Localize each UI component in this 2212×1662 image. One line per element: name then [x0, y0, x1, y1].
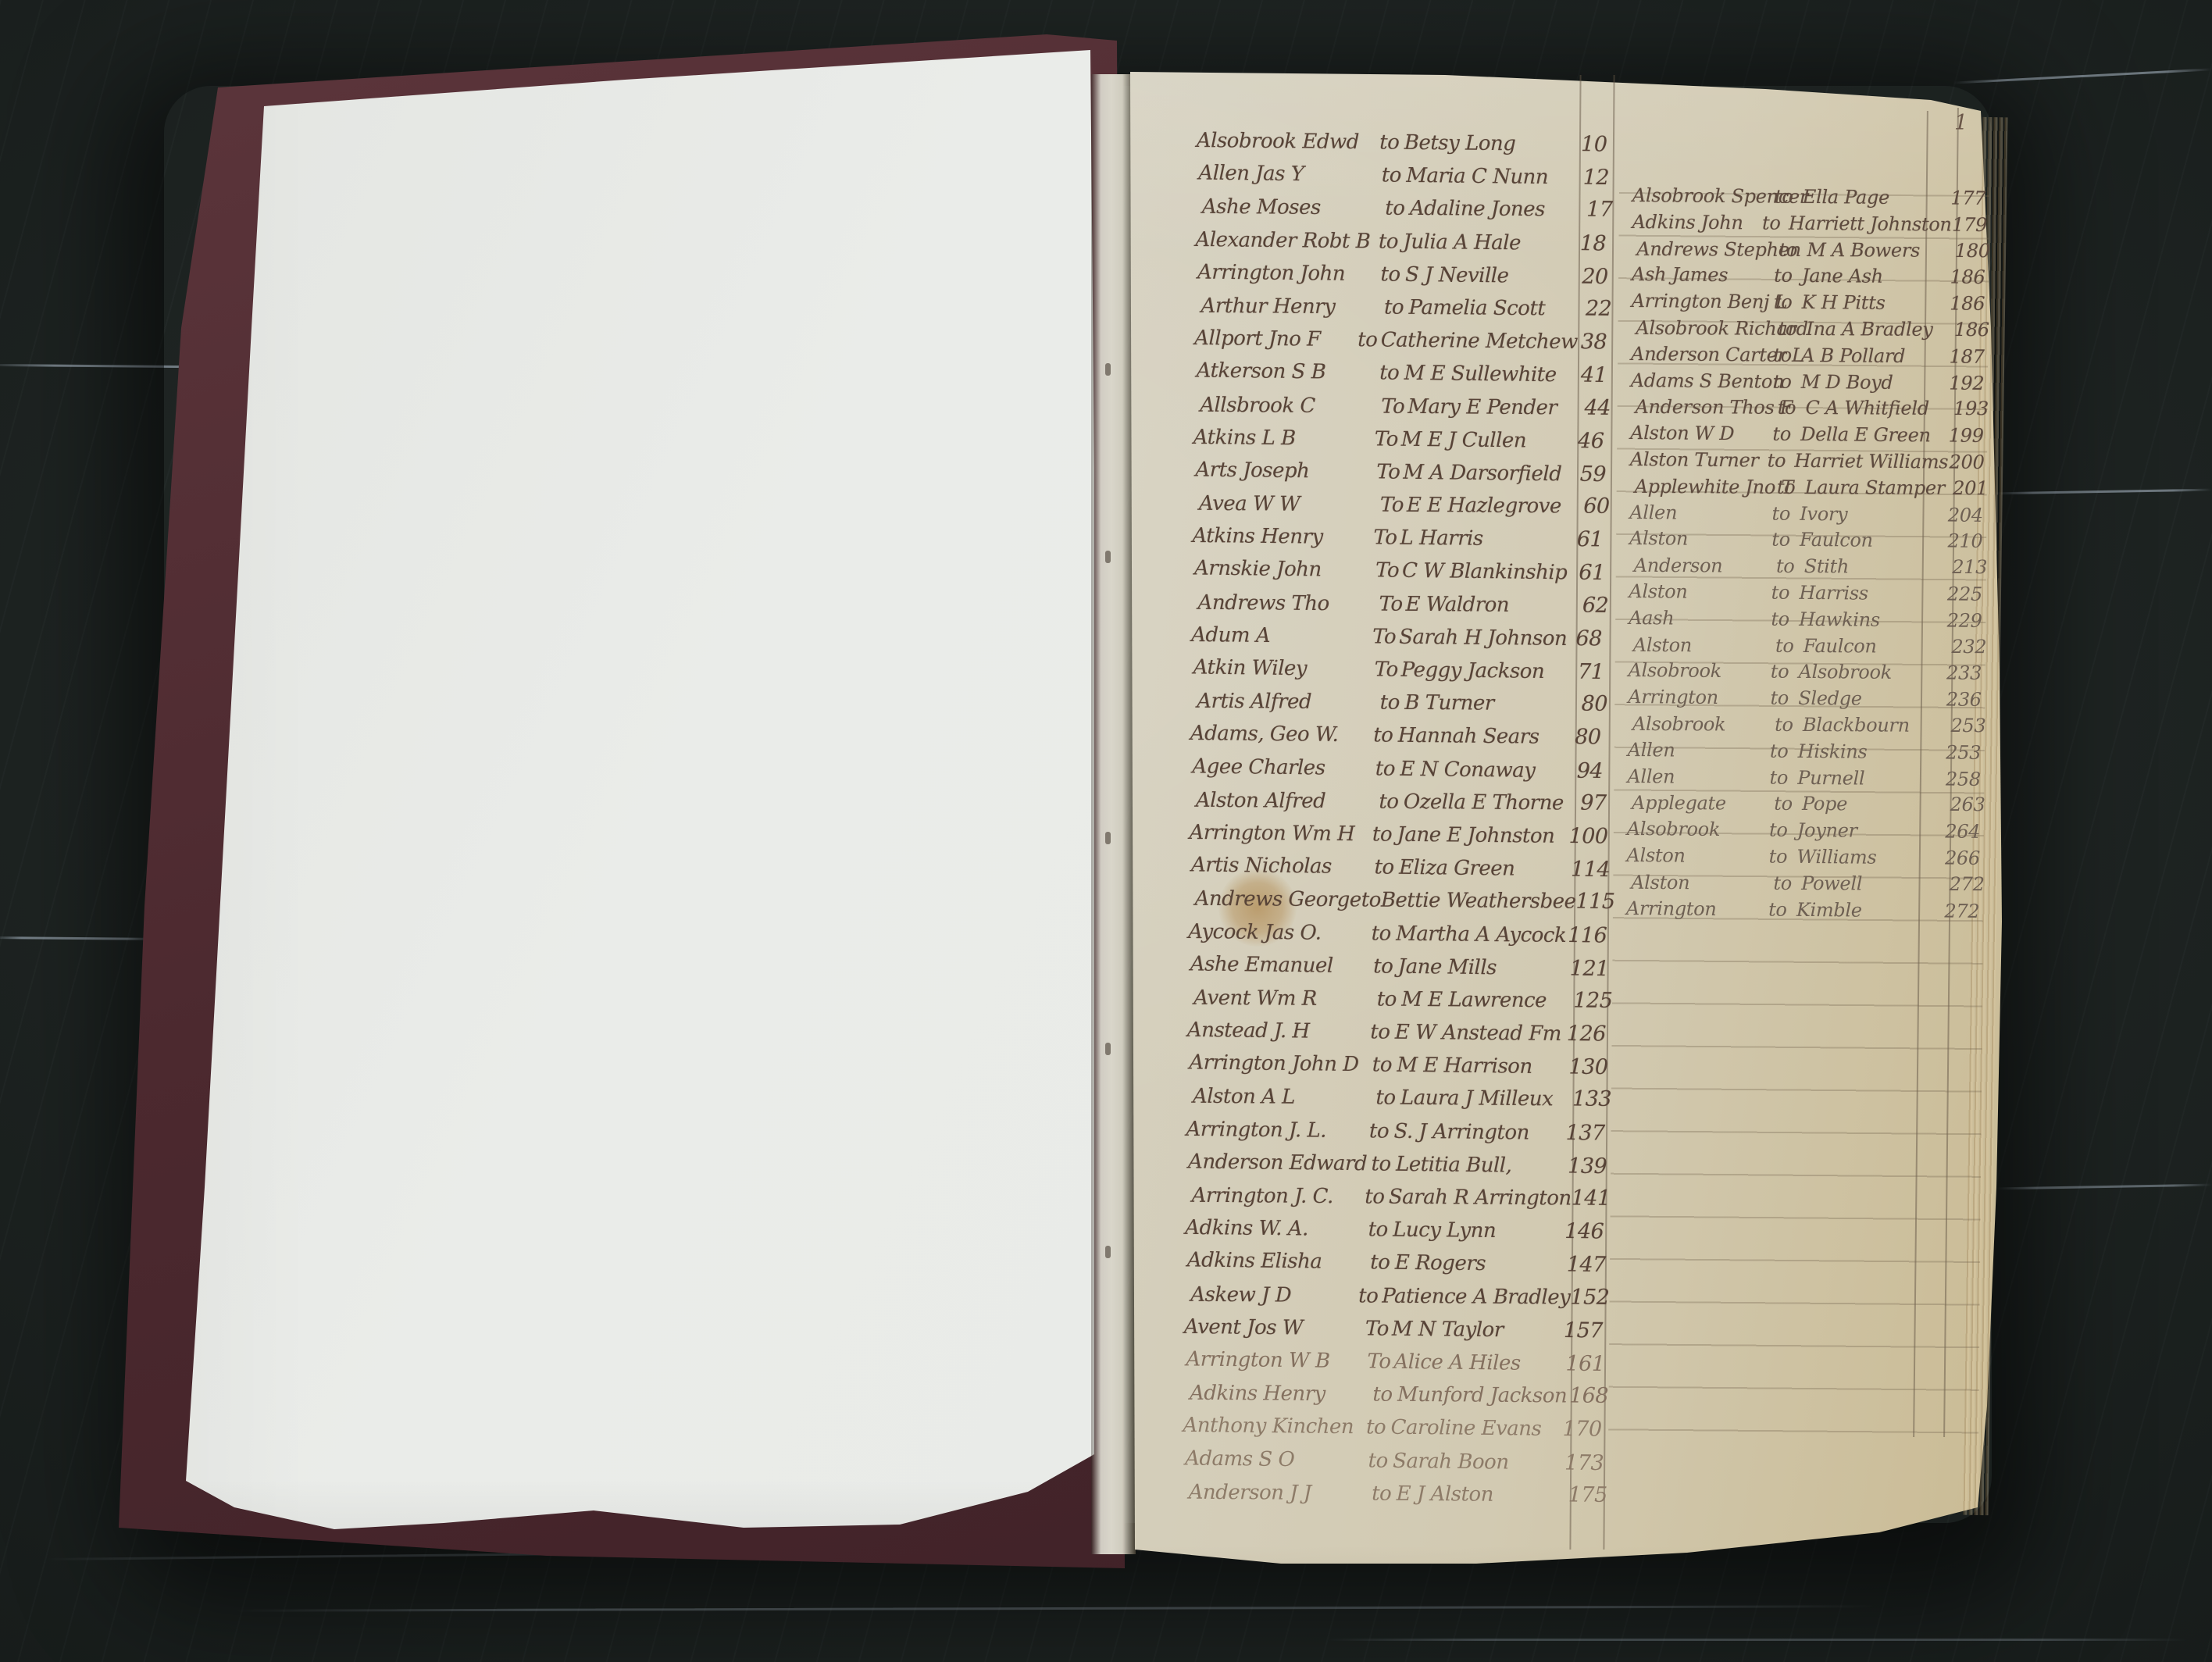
- connector-word: to: [1364, 1119, 1393, 1143]
- ledger-row: Allport Jno FtoCatherine Metchew38: [1194, 326, 1610, 363]
- record-page-number: 62: [1577, 593, 1613, 617]
- groom-name: Allen: [1628, 739, 1761, 761]
- ledger-row: AlstontoFaulcon232: [1633, 633, 1989, 662]
- record-page-number: 186: [1948, 266, 1987, 288]
- record-page-number: 233: [1944, 662, 1983, 684]
- bride-name: Mary E Pender: [1407, 394, 1579, 419]
- groom-name: Avea W W: [1199, 492, 1377, 517]
- ledger-row: Arrington J. L.toS. J Arrington137: [1186, 1117, 1601, 1154]
- groom-name: Arts Joseph: [1195, 458, 1373, 483]
- groom-name: Aash: [1629, 607, 1761, 629]
- connector-word: To: [1369, 625, 1399, 648]
- connector-word: to: [1758, 449, 1794, 471]
- groom-name: Adams, Geo W.: [1190, 722, 1368, 747]
- record-page-number: 157: [1564, 1318, 1600, 1343]
- connector-word: to: [1363, 1218, 1393, 1241]
- bride-name: Harriet Williams: [1794, 450, 1948, 473]
- bride-name: Peggy Jackson: [1401, 658, 1573, 684]
- bride-name: Ina A Bradley: [1806, 318, 1952, 341]
- ledger-row: Ashe MosestoAdaline Jones17: [1202, 194, 1618, 230]
- ledger-row: Alsobrook SpencertoElla Page177: [1632, 184, 1988, 214]
- ledger-row: Applewhite Jno TtoLaura Stamper201: [1635, 476, 1990, 504]
- connector-word: to: [1761, 581, 1799, 603]
- record-page-number: 258: [1943, 768, 1982, 790]
- record-page-number: 18: [1575, 231, 1611, 255]
- bride-name: E N Conaway: [1400, 757, 1572, 783]
- bride-name: Bettie Weathersbee: [1381, 889, 1576, 914]
- connector-word: to: [1367, 822, 1397, 846]
- connector-word: to: [1766, 634, 1803, 656]
- ledger-row: AllentoHiskins253: [1628, 739, 1983, 769]
- bride-name: Pope: [1802, 793, 1948, 815]
- record-page-number: 114: [1571, 858, 1607, 883]
- groom-name: Alsobrook Richard: [1636, 317, 1768, 340]
- bride-name: Julia A Hale: [1403, 230, 1575, 255]
- record-page-number: 173: [1564, 1450, 1600, 1475]
- record-page-number: 20: [1577, 264, 1613, 289]
- connector-word: to: [1371, 1086, 1400, 1110]
- groom-name: Atkin Wiley: [1193, 655, 1372, 681]
- bride-name: K H Pitts: [1802, 291, 1948, 315]
- groom-name: Adkins Henry: [1190, 1382, 1368, 1407]
- groom-name: Alston: [1631, 872, 1764, 894]
- connector-word: to: [1361, 1416, 1390, 1439]
- connector-word: To: [1364, 1350, 1393, 1373]
- connector-word: To: [1372, 658, 1401, 681]
- bride-name: Catherine Metchew: [1381, 329, 1578, 355]
- ledger-row: Alsobrook RichardtoIna A Bradley186: [1636, 317, 1991, 345]
- bride-name: E Waldron: [1406, 592, 1578, 617]
- connector-word: to: [1760, 819, 1797, 841]
- record-page-number: 139: [1568, 1154, 1604, 1179]
- ledger-row: AlstontoFaulcon210: [1629, 527, 1985, 557]
- ledger-row: Arnskie JohnToC W Blankinship61: [1194, 556, 1610, 594]
- record-page-number: 229: [1945, 609, 1984, 631]
- ledger-row: Andrews StephentoM A Bowers180: [1636, 237, 1992, 266]
- ledger-row: Adum AToSarah H Johnson68: [1191, 622, 1607, 660]
- groom-name: Arrington W B: [1186, 1347, 1364, 1373]
- record-page-number: 170: [1562, 1417, 1598, 1441]
- bride-name: Adaline Jones: [1410, 197, 1582, 222]
- groom-name: Aycock Jas O.: [1188, 919, 1366, 944]
- connector-word: to: [1374, 790, 1404, 813]
- groom-name: Andrews George: [1195, 887, 1361, 912]
- bride-name: Hiskins: [1798, 740, 1944, 764]
- connector-word: to: [1764, 793, 1802, 815]
- groom-name: Anthony Kinchen: [1183, 1414, 1361, 1439]
- connector-word: to: [1368, 1383, 1397, 1407]
- connector-word: to: [1376, 164, 1406, 187]
- bride-name: Betsy Long: [1404, 131, 1576, 156]
- bride-name: Eliza Green: [1399, 856, 1571, 882]
- ledger-row: AlsobrooktoJoyner264: [1627, 818, 1982, 847]
- groom-name: Allen Jas Y: [1198, 162, 1376, 187]
- groom-name: Adams S O: [1185, 1446, 1363, 1472]
- page-number: 1: [1954, 111, 1968, 135]
- connector-word: to: [1366, 922, 1396, 945]
- ledger-row: Allsbrook CToMary E Pender44: [1200, 392, 1615, 428]
- record-page-number: 201: [1951, 477, 1990, 499]
- groom-name: Arrington John D: [1189, 1051, 1367, 1077]
- connector-word: to: [1761, 608, 1799, 629]
- bride-name: Jane Ash: [1802, 265, 1948, 288]
- bride-name: M E Lawrence: [1401, 988, 1573, 1013]
- groom-name: Arnskie John: [1194, 557, 1372, 583]
- record-page-number: 266: [1943, 847, 1982, 868]
- record-page-number: 210: [1946, 530, 1985, 552]
- connector-word: to: [1379, 295, 1408, 319]
- groom-name: Anderson Edward: [1188, 1150, 1366, 1175]
- ledger-row: Alexander Robt BtoJulia A Hale18: [1195, 227, 1611, 265]
- background-scratch-streak: [1953, 68, 2212, 84]
- connector-word: to: [1361, 889, 1381, 912]
- ledger-row: Adams S BentontoM D Boyd192: [1631, 369, 1986, 399]
- connector-word: to: [1375, 691, 1404, 715]
- ledger-row: Avent Wm RtoM E Lawrence125: [1193, 986, 1609, 1022]
- record-page-number: 100: [1568, 824, 1604, 848]
- record-page-number: 179: [1952, 213, 1988, 235]
- groom-name: Arthur Henry: [1201, 294, 1379, 319]
- binding-stitch: [1105, 832, 1111, 844]
- bride-name: M A Darsorfield: [1403, 461, 1575, 487]
- groom-name: Allen: [1629, 501, 1762, 524]
- record-page-number: 264: [1943, 821, 1982, 843]
- groom-name: Ashe Moses: [1202, 195, 1380, 220]
- ledger-row: AlsobrooktoAlsobrook233: [1628, 659, 1983, 689]
- groom-name: Alsobrook Edwd: [1197, 129, 1375, 154]
- groom-name: Allport Jno F: [1194, 326, 1354, 351]
- record-page-number: 130: [1568, 1055, 1604, 1080]
- groom-name: Arrington: [1626, 897, 1759, 919]
- connector-word: to: [1764, 872, 1801, 893]
- record-page-number: 46: [1573, 429, 1609, 453]
- binding-stitch: [1105, 1043, 1111, 1055]
- bride-name: Ella Page: [1803, 186, 1949, 209]
- bride-name: B Turner: [1404, 691, 1576, 716]
- connector-word: To: [1378, 394, 1407, 418]
- ledger-row: Anthony KinchentoCaroline Evans170: [1183, 1413, 1598, 1450]
- bride-name: Hawkins: [1799, 608, 1945, 632]
- bride-name: Sledge: [1798, 687, 1944, 711]
- photo-backdrop: 1 Alsobrook EdwdtoBetsy Long10Allen Jas …: [0, 0, 2212, 1662]
- bride-name: Joyner: [1797, 819, 1943, 843]
- groom-name: Atkins L B: [1193, 426, 1372, 451]
- record-page-number: 59: [1575, 462, 1611, 487]
- connector-word: To: [1370, 526, 1400, 550]
- connector-word: To: [1362, 1317, 1392, 1340]
- bride-name: L Harris: [1400, 526, 1572, 551]
- record-page-number: 141: [1572, 1186, 1607, 1211]
- record-page-number: 12: [1578, 166, 1614, 191]
- record-page-number: 272: [1943, 900, 1982, 922]
- ledger-row: Alston A LtoLaura J Milleux133: [1193, 1084, 1608, 1120]
- bride-name: Sarah Boon: [1393, 1449, 1564, 1475]
- groom-name: Atkerson S B: [1197, 359, 1375, 385]
- ledger-row: Artis NicholastoEliza Green114: [1191, 853, 1607, 891]
- connector-word: to: [1768, 476, 1805, 498]
- connector-word: to: [1367, 1054, 1397, 1077]
- connector-word: To: [1372, 427, 1401, 451]
- bride-name: E J Alston: [1397, 1482, 1568, 1507]
- record-page-number: 213: [1950, 556, 1989, 578]
- bride-name: E Rogers: [1395, 1251, 1567, 1277]
- record-page-number: 193: [1951, 398, 1990, 419]
- binding-gutter: [1091, 74, 1136, 1554]
- connector-word: to: [1759, 845, 1796, 867]
- connector-word: to: [1365, 1020, 1395, 1043]
- ledger-row: Anstead J. HtoE W Anstead Fm126: [1187, 1018, 1603, 1055]
- connector-word: to: [1365, 1251, 1395, 1275]
- ledger-row: Adams, Geo W.toHannah Sears80: [1190, 721, 1606, 758]
- bride-name: Blackbourn: [1803, 714, 1949, 736]
- record-page-number: 22: [1580, 297, 1616, 321]
- connector-word: to: [1754, 212, 1789, 234]
- groom-name: Artis Alfred: [1197, 690, 1375, 715]
- ledger-row: Arrington J. C.toSarah R Arrington141: [1191, 1183, 1607, 1219]
- groom-name: Artis Nicholas: [1191, 854, 1369, 879]
- connector-word: to: [1763, 423, 1800, 445]
- groom-name: Adkins Elisha: [1187, 1249, 1365, 1275]
- bride-name: Laura J Milleux: [1400, 1086, 1572, 1111]
- connector-word: to: [1372, 987, 1401, 1011]
- groom-name: Anderson: [1634, 555, 1767, 577]
- ledger-row: ApplegatetoPope263: [1632, 792, 1987, 820]
- ledger-row: AllentoPurnell258: [1627, 765, 1982, 795]
- bride-name: Williams: [1796, 846, 1943, 869]
- bride-name: Jane Mills: [1398, 954, 1570, 980]
- connector-word: to: [1370, 757, 1400, 780]
- bride-name: Alice A Hiles: [1393, 1350, 1565, 1376]
- connector-word: to: [1764, 265, 1802, 287]
- groom-name: Adum A: [1191, 623, 1369, 648]
- record-page-number: 225: [1945, 583, 1984, 605]
- groom-name: Applewhite Jno T: [1635, 476, 1768, 498]
- groom-name: Agee Charles: [1192, 754, 1370, 780]
- connector-word: to: [1363, 1449, 1393, 1472]
- record-page-number: 71: [1573, 660, 1609, 685]
- background-scratch-streak: [1993, 489, 2212, 495]
- connector-word: to: [1380, 197, 1410, 220]
- bride-name: M E J Cullen: [1401, 427, 1573, 452]
- bride-name: S J Neville: [1405, 263, 1577, 289]
- connector-word: to: [1768, 397, 1805, 419]
- ledger-row: AllentoIvory204: [1629, 501, 1985, 531]
- ledger-row: Askew J DtoPatience A Bradley152: [1190, 1282, 1606, 1318]
- record-page-number: 152: [1570, 1285, 1606, 1309]
- ledger-row: Atkins L BToM E J Cullen46: [1193, 425, 1609, 462]
- ledger-row: Alston TurnertoHarriet Williams200: [1630, 448, 1985, 478]
- connector-word: to: [1759, 898, 1796, 920]
- record-page-number: 263: [1948, 794, 1987, 815]
- record-page-number: 115: [1575, 890, 1611, 914]
- groom-name: Adkins John: [1632, 211, 1754, 234]
- bride-name: Jane E Johnston: [1397, 823, 1568, 848]
- ledger-row: Aycock Jas O.toMartha A Aycock116: [1188, 918, 1604, 956]
- connector-word: To: [1372, 559, 1402, 583]
- ledger-row: Alston W DtoDella E Green199: [1630, 422, 1985, 451]
- ledger-row: Andrews GeorgetoBettie Weathersbee115: [1194, 886, 1610, 922]
- bride-name: Sarah R Arrington: [1389, 1186, 1572, 1211]
- index-column-right: Alsobrook SpencertoElla Page177Adkins Jo…: [1626, 184, 1988, 926]
- connector-word: to: [1366, 1152, 1396, 1175]
- groom-name: Anderson Carter L: [1631, 343, 1764, 366]
- connector-word: to: [1375, 262, 1405, 286]
- background-scratch-streak: [1328, 1639, 2187, 1641]
- groom-name: Andrews Stephen: [1636, 237, 1769, 260]
- record-page-number: 232: [1950, 635, 1989, 657]
- record-page-number: 68: [1571, 626, 1607, 651]
- ledger-row: Arrington John DtoM E Harrison130: [1189, 1050, 1604, 1089]
- ledger-row: Atkins HenryToL Harris61: [1192, 523, 1607, 561]
- connector-word: to: [1768, 318, 1806, 340]
- bride-name: Ivory: [1800, 502, 1946, 526]
- bride-name: Harriett Johnston: [1789, 212, 1952, 236]
- bride-name: Letitia Bull,: [1396, 1153, 1568, 1179]
- index-column-left: Alsobrook EdwdtoBetsy Long10Allen Jas Yt…: [1182, 128, 1612, 1516]
- record-page-number: 125: [1573, 988, 1609, 1012]
- record-page-number: 192: [1947, 372, 1986, 394]
- bride-name: Alsobrook: [1798, 661, 1944, 684]
- bride-name: Harriss: [1799, 582, 1945, 605]
- bride-name: Kimble: [1796, 898, 1943, 922]
- bride-name: A B Pollard: [1801, 344, 1947, 368]
- groom-name: Alexander Robt B: [1195, 228, 1373, 253]
- groom-name: Alsobrook: [1627, 818, 1760, 840]
- record-page-number: 186: [1948, 293, 1987, 315]
- connector-word: to: [1764, 370, 1801, 392]
- groom-name: Avent Jos W: [1184, 1315, 1362, 1340]
- record-page-number: 80: [1570, 725, 1606, 749]
- groom-name: Arrington Benj L: [1632, 290, 1764, 312]
- connector-word: to: [1762, 529, 1800, 551]
- groom-name: Avent Wm R: [1193, 986, 1372, 1011]
- ledger-row: Arrington Benj LtoK H Pitts186: [1632, 290, 1987, 319]
- record-page-number: 133: [1572, 1087, 1608, 1111]
- bride-name: Purnell: [1797, 766, 1943, 790]
- connector-word: to: [1765, 714, 1803, 736]
- record-page-number: 41: [1576, 363, 1612, 388]
- groom-name: Alsobrook: [1628, 659, 1761, 682]
- ledger-row: Arrington Wm HtoJane E Johnston100: [1189, 820, 1604, 858]
- ledger-row: Anderson EdwardtoLetitia Bull,139: [1188, 1149, 1604, 1187]
- record-page-number: 168: [1569, 1384, 1605, 1408]
- record-page-number: 186: [1952, 319, 1991, 341]
- record-page-number: 236: [1944, 689, 1983, 711]
- record-page-number: 38: [1578, 330, 1611, 354]
- ledger-row: Agee CharlestoE N Conaway94: [1192, 754, 1607, 792]
- connector-word: to: [1367, 1482, 1397, 1505]
- record-page-number: 180: [1953, 240, 1992, 262]
- ledger-row: Adkins JohntoHarriett Johnston179: [1632, 211, 1987, 241]
- ledger-row: Atkerson S BtoM E Sullewhite41: [1196, 358, 1611, 397]
- bride-name: Munford Jackson: [1397, 1383, 1569, 1408]
- ledger-row: Arrington JohntoS J Neville20: [1197, 259, 1613, 298]
- bride-name: Caroline Evans: [1390, 1416, 1562, 1441]
- record-page-number: 187: [1947, 345, 1986, 367]
- connector-word: to: [1369, 855, 1399, 879]
- groom-name: Alston: [1629, 527, 1762, 550]
- record-page-number: 272: [1947, 873, 1986, 895]
- bride-name: E E Hazlegrove: [1407, 494, 1579, 519]
- groom-name: Arrington: [1628, 686, 1761, 708]
- connector-word: to: [1761, 687, 1798, 709]
- ledger-row: Allen Jas YtoMaria C Nunn12: [1198, 161, 1614, 199]
- groom-name: Ashe Emanuel: [1190, 952, 1368, 978]
- groom-name: Ash James: [1632, 263, 1764, 286]
- groom-name: Anderson Thos F: [1635, 396, 1768, 419]
- ledger-row: Alston AlfredtoOzella E Thorne97: [1196, 787, 1611, 823]
- ledger-row: Atkin WileyToPeggy Jackson71: [1193, 654, 1608, 693]
- bride-name: M A Bowers: [1807, 239, 1953, 262]
- record-page-number: 199: [1946, 425, 1985, 447]
- record-page-number: 147: [1567, 1253, 1603, 1278]
- ledger-row: ArringtontoKimble272: [1626, 897, 1982, 926]
- groom-name: Arrington J. L.: [1186, 1118, 1364, 1143]
- ledger-row: AashtoHawkins229: [1629, 607, 1984, 637]
- bride-name: Lucy Lynn: [1393, 1218, 1564, 1243]
- connector-word: to: [1769, 238, 1807, 260]
- connector-word: to: [1368, 724, 1398, 747]
- ledger-row: Avea W WToE E Hazlegrove60: [1199, 491, 1614, 527]
- record-page-number: 17: [1582, 198, 1618, 222]
- bride-name: Hannah Sears: [1398, 724, 1570, 749]
- record-page-number: 161: [1565, 1351, 1601, 1376]
- groom-name: Anstead J. H: [1187, 1018, 1365, 1043]
- bride-name: C A Whitfield: [1805, 397, 1951, 419]
- ledger-row: Adkins ElishatoE Rogers147: [1186, 1248, 1602, 1286]
- bride-name: Ozella E Thorne: [1404, 790, 1575, 815]
- groom-name: Arrington John: [1197, 260, 1375, 286]
- ledger-row: Arts JosephToM A Darsorfield59: [1195, 457, 1611, 495]
- record-page-number: 97: [1575, 790, 1611, 815]
- connector-word: to: [1762, 502, 1800, 524]
- ledger-row: Adkins HenrytoMunford Jackson168: [1190, 1381, 1605, 1417]
- record-page-number: 253: [1944, 741, 1983, 763]
- bride-name: Pamelia Scott: [1408, 296, 1580, 321]
- bride-name: M D Boyd: [1801, 370, 1947, 394]
- groom-name: Alsobrook Spencer: [1632, 184, 1765, 207]
- record-page-number: 126: [1567, 1022, 1603, 1046]
- bride-name: Powell: [1801, 872, 1947, 895]
- bride-name: Stith: [1804, 555, 1950, 578]
- connector-word: to: [1765, 185, 1803, 207]
- bride-name: M E Harrison: [1397, 1054, 1568, 1079]
- connector-word: to: [1760, 766, 1797, 788]
- bride-name: Faulcon: [1800, 529, 1946, 552]
- record-page-number: 137: [1565, 1121, 1601, 1145]
- ledger-row: Artis AlfredtoB Turner80: [1197, 689, 1612, 725]
- groom-name: Adkins W. A.: [1185, 1216, 1363, 1241]
- groom-name: Arrington Wm H: [1189, 821, 1367, 846]
- background-scratch-streak: [0, 936, 156, 940]
- background-scratch-streak: [1996, 1184, 2212, 1190]
- connector-word: to: [1375, 130, 1404, 154]
- connector-word: to: [1375, 362, 1404, 385]
- ledger-row: Arrington W BToAlice A Hiles161: [1186, 1346, 1601, 1385]
- groom-name: Alston A L: [1193, 1085, 1371, 1110]
- ledger-row: AlstontoHarriss225: [1629, 580, 1984, 610]
- ledger-row: AlstontoWilliams266: [1626, 844, 1982, 874]
- binding-stitch: [1105, 1246, 1111, 1258]
- groom-name: Allsbrook C: [1200, 393, 1378, 418]
- groom-name: Andrews Tho: [1198, 590, 1376, 615]
- ledger-row: Avent Jos WToM N Taylor157: [1184, 1314, 1600, 1352]
- record-page-number: 60: [1579, 494, 1614, 519]
- connector-word: to: [1354, 328, 1381, 351]
- connector-word: to: [1761, 661, 1798, 683]
- ledger-row: Ash JamestoJane Ash186: [1632, 263, 1987, 293]
- ledger-row: Adkins W. A.toLucy Lynn146: [1185, 1215, 1600, 1253]
